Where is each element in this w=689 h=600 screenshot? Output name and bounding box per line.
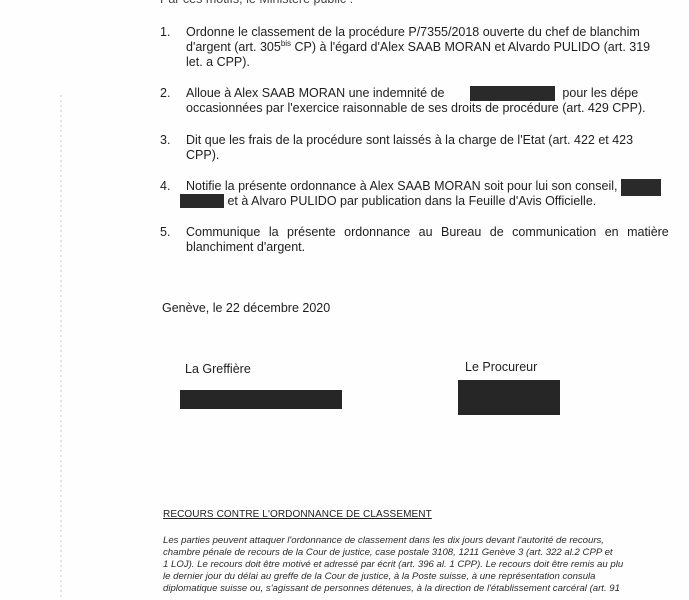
redaction-indemnity-amount (470, 86, 555, 101)
item-line: Ordonne le classement de la procédure P/… (186, 25, 689, 40)
item-number: 1. (160, 25, 170, 40)
appeal-line: chambre pénale de recours de la Cour de … (163, 547, 689, 559)
item-line: let. a CPP). (186, 55, 689, 70)
item-number: 2. (160, 86, 170, 101)
item-line: occasionnées par l'exercice raisonnable … (186, 101, 689, 116)
item-line: blanchiment d'argent. (186, 240, 689, 255)
item-line: Communique la présente ordonnance au Bur… (186, 225, 689, 240)
redaction-counsel-name-cont (180, 194, 224, 208)
top-partial-line: Par ces motifs, le Ministère public : (160, 0, 353, 6)
appeal-line: diplomatique suisse ou, s'agissant de pe… (163, 583, 689, 595)
item-line: et à Alvaro PULIDO par publication dans … (186, 194, 689, 209)
item-number: 4. (160, 179, 170, 194)
item-number: 3. (160, 133, 170, 148)
appeal-line: Les parties peuvent attaquer l'ordonnanc… (163, 535, 689, 547)
item-line: Alloue à Alex SAAB MORAN une indemnité d… (186, 86, 689, 101)
date-line: Genève, le 22 décembre 2020 (162, 301, 330, 315)
appeal-text: Les parties peuvent attaquer l'ordonnanc… (163, 535, 689, 595)
item-line: Notifie la présente ordonnance à Alex SA… (186, 179, 689, 194)
appeal-line: 1 LOJ). Le recours doit être motivé et a… (163, 559, 689, 571)
appeal-line: le dernier jour du délai au greffe de la… (163, 571, 689, 583)
appeal-heading: RECOURS CONTRE L'ORDONNANCE DE CLASSEMEN… (163, 509, 432, 520)
item-line: d'argent (art. 305bis CP) à l'égard d'Al… (186, 40, 689, 55)
redaction-greffiere-signature (180, 390, 342, 409)
signature-label-procureur: Le Procureur (465, 360, 537, 374)
item-line: CPP). (186, 148, 689, 163)
scan-margin-artifact (60, 95, 62, 600)
item-number: 5. (160, 225, 170, 240)
signature-label-greffiere: La Greffière (185, 362, 251, 376)
redaction-counsel-name (621, 179, 661, 196)
redaction-procureur-signature (458, 380, 560, 415)
item-line: Dit que les frais de la procédure sont l… (186, 133, 689, 148)
